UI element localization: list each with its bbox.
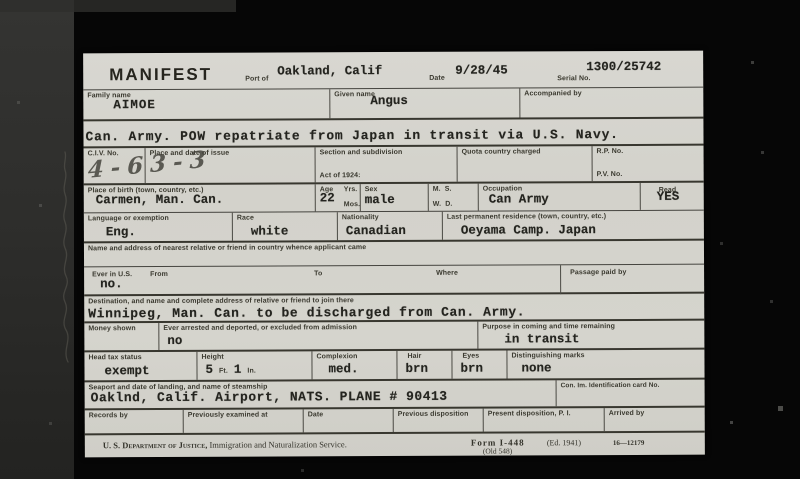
arrived-by-label: Arrived by [605, 408, 705, 418]
ever-in-us-value: no. [100, 278, 123, 291]
footer-row: U. S. Department of Justice, Immigration… [85, 433, 705, 458]
to-label: To [310, 268, 322, 278]
present-disposition-label: Present disposition, P. I. [484, 408, 604, 419]
port-of-value: Oakland, Calif [277, 65, 382, 78]
head-tax-value: exempt [104, 365, 196, 378]
birth-row: Place of birth (town, country, etc.) Car… [84, 183, 704, 214]
complexion-value: med. [328, 363, 396, 376]
previously-examined-cell: Previously examined at [183, 409, 303, 433]
destination-row: Destination, and name and complete addre… [84, 294, 704, 324]
typed-note: Can. Army. POW repatriate from Japan in … [85, 128, 618, 143]
hair-label: Hair [397, 351, 451, 361]
complexion-cell: Complexion med. [311, 351, 396, 379]
serial-no-label: Serial No. [553, 73, 590, 83]
ms-label: M. S. [429, 184, 478, 194]
mos-label: Mos. [340, 199, 360, 209]
margin-handwriting-squiggle [54, 140, 80, 370]
eyes-value: brn [460, 363, 506, 376]
records-by-label: Records by [85, 410, 183, 420]
family-name-value: AIMOE [113, 98, 329, 112]
date-label: Date [425, 73, 445, 83]
nearest-relative-label: Name and address of nearest relative or … [84, 241, 704, 254]
last-residence-value: Oeyama Camp. Japan [461, 224, 704, 238]
height-label: Height [197, 351, 311, 361]
wd-label: W. D. [429, 199, 453, 209]
typed-note-row: Can. Army. POW repatriate from Japan in … [83, 119, 703, 149]
language-cell: Language or exemption Eng. [84, 213, 232, 242]
seaport-value: Oaklnd, Calif. Airport, NATS. PLANE # 90… [91, 389, 556, 404]
nationality-label: Nationality [338, 212, 442, 222]
accompanied-by-label: Accompanied by [520, 88, 703, 99]
hair-value: brn [405, 363, 451, 376]
purpose-label: Purpose in coming and time remaining [478, 321, 704, 332]
occupation-cell: Occupation Can Army [478, 183, 640, 211]
footer-edition: (Ed. 1941) [547, 438, 581, 447]
given-name-cell: Given name Angus [329, 88, 519, 118]
ever-in-us-row: Ever in U.S. no. From To Where Passage p… [84, 265, 704, 297]
head-tax-cell: Head tax status exempt [84, 352, 196, 380]
in-label: In. [247, 368, 256, 376]
read-value: YES [657, 191, 680, 204]
money-shown-cell: Money shown [84, 323, 158, 350]
serial-no-value: 1300/25742 [586, 61, 661, 74]
age-cell: Age Yrs. 22 Mos. [315, 184, 360, 211]
nationality-cell: Nationality Canadian [337, 212, 442, 240]
footer-old-number: (Old 548) [483, 446, 512, 455]
section-subdivision-label: Section and subdivision [316, 147, 457, 158]
civ-row: C.I.V. No. Place and date of issue Secti… [84, 146, 704, 186]
ever-arrested-label: Ever arrested and deported, or excluded … [159, 322, 477, 333]
last-residence-cell: Last permanent residence (town, country,… [442, 211, 704, 240]
head-tax-label: Head tax status [84, 352, 196, 362]
previous-disposition-label: Previous disposition [394, 409, 483, 419]
age-value: 22 [320, 192, 335, 205]
given-name-value: Angus [370, 94, 519, 108]
passage-paid-label: Passage paid by [566, 267, 626, 277]
records-date-cell: Date [303, 409, 393, 432]
language-value: Eng. [106, 226, 232, 240]
ever-arrested-value: no [167, 334, 477, 348]
footer-agency: U. S. Department of Justice, Immigration… [103, 439, 347, 450]
where-label: Where [432, 268, 458, 278]
port-of-label: Port of [241, 74, 268, 84]
rp-no-label: R.P. No. [593, 146, 704, 156]
seaport-cell: Seaport and date of landing, and name of… [85, 380, 556, 408]
destination-value: Winnipeg, Man. Can. to be discharged fro… [88, 305, 704, 321]
distinguishing-marks-value: none [521, 362, 704, 376]
from-label: From [146, 269, 168, 279]
complexion-label: Complexion [312, 351, 396, 361]
con-im-label: Con. Im. Identification card No. [557, 380, 705, 391]
race-cell: Race white [232, 212, 337, 240]
seaport-row: Seaport and date of landing, and name of… [85, 380, 705, 411]
purpose-cell: Purpose in coming and time remaining in … [477, 321, 704, 349]
language-row: Language or exemption Eng. Race white Na… [84, 211, 704, 244]
quota-country-cell: Quota country charged [457, 146, 592, 182]
records-by-cell: Records by [85, 410, 183, 433]
present-disposition-cell: Present disposition, P. I. [483, 408, 604, 432]
sex-cell: Sex male [360, 184, 428, 211]
con-im-cell: Con. Im. Identification card No. [556, 380, 705, 407]
act-1924-label: Act of 1924: [316, 170, 361, 180]
family-name-cell: Family name AIMOE [83, 89, 329, 119]
ft-label: Ft. [219, 368, 228, 376]
eyes-cell: Eyes brn [451, 351, 506, 379]
occupation-value: Can Army [489, 193, 640, 207]
records-date-label: Date [304, 409, 393, 419]
ever-arrested-cell: Ever arrested and deported, or excluded … [158, 322, 477, 350]
footer-agency-service: Immigration and Naturalization Service. [209, 439, 346, 450]
scan-top-band [0, 0, 236, 12]
manifest-card: MANIFEST Port of Oakland, Calif Date 9/2… [83, 51, 705, 458]
previous-disposition-cell: Previous disposition [393, 409, 483, 432]
records-row: Records by Previously examined at Date P… [85, 408, 705, 436]
scan-dust-specks [0, 0, 1, 1]
date-value: 9/28/45 [455, 65, 508, 78]
money-shown-label: Money shown [84, 323, 158, 333]
race-label: Race [233, 212, 337, 222]
place-of-birth-cell: Place of birth (town, country, etc.) Car… [84, 184, 315, 212]
header-row-2: Family name AIMOE Given name Angus Accom… [83, 88, 703, 122]
height-cell: Height 5 Ft. 1 In. [196, 351, 311, 380]
accompanied-by-cell: Accompanied by [519, 88, 703, 118]
rp-pv-cell: R.P. No. P.V. No. [592, 146, 704, 181]
height-in-value: 1 [234, 364, 242, 377]
footer-print-code: 16—12179 [613, 439, 645, 447]
sex-value: male [365, 194, 428, 207]
language-label: Language or exemption [84, 213, 232, 224]
height-ft-value: 5 [205, 364, 213, 377]
distinguishing-marks-label: Distinguishing marks [507, 350, 704, 361]
money-row: Money shown Ever arrested and deported, … [84, 321, 704, 353]
last-residence-label: Last permanent residence (town, country,… [443, 211, 704, 222]
place-of-birth-value: Carmen, Man. Can. [96, 193, 315, 207]
passage-divider [560, 265, 561, 294]
eyes-label: Eyes [452, 351, 506, 361]
race-value: white [251, 225, 337, 238]
yrs-label: Yrs. [340, 184, 358, 194]
purpose-value: in transit [504, 333, 704, 347]
section-subdivision-cell: Section and subdivision Act of 1924: [315, 147, 457, 183]
arrived-by-cell: Arrived by [604, 408, 705, 431]
nationality-value: Canadian [346, 225, 442, 238]
scanned-manifest-photo: MANIFEST Port of Oakland, Calif Date 9/2… [0, 0, 800, 479]
marital-status-cell: M. S. W. D. [428, 184, 478, 211]
pv-no-label: P.V. No. [593, 169, 623, 179]
nearest-relative-row: Name and address of nearest relative or … [84, 241, 704, 268]
read-cell: Read YES [640, 183, 704, 210]
previously-examined-label: Previously examined at [184, 409, 303, 420]
footer-agency-dept: U. S. Department of Justice, [103, 440, 208, 450]
header-row-1: MANIFEST Port of Oakland, Calif Date 9/2… [83, 51, 703, 91]
quota-country-label: Quota country charged [458, 146, 592, 157]
head-tax-row: Head tax status exempt Height 5 Ft. 1 In… [84, 350, 704, 383]
distinguishing-marks-cell: Distinguishing marks none [506, 350, 704, 379]
manifest-title: MANIFEST [109, 65, 212, 85]
hair-cell: Hair brn [396, 351, 451, 379]
